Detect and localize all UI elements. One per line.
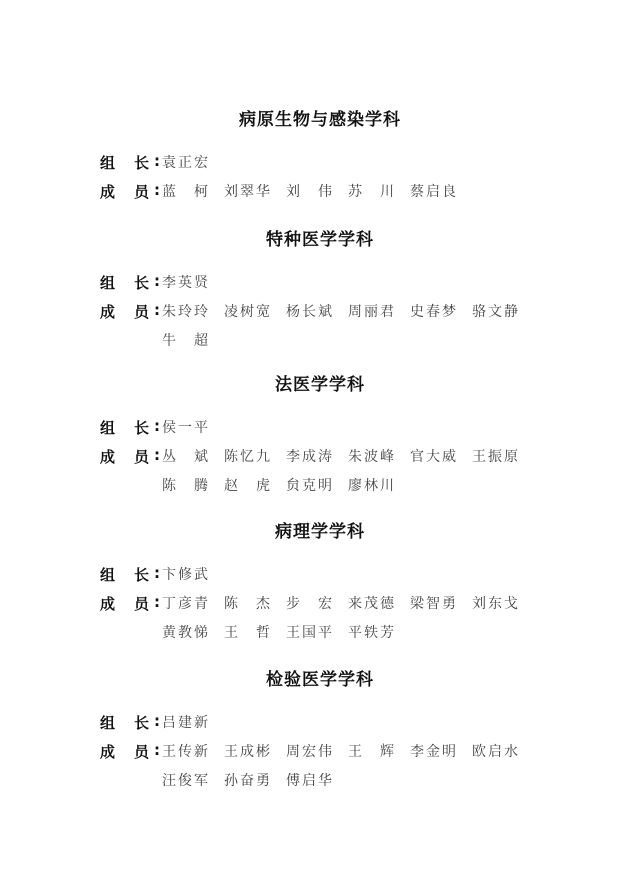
leader-label-c1: 组 [100, 417, 134, 438]
leader-row: 组长:卞修武 [100, 564, 224, 584]
member-list: 汪俊军孙奋勇傅启华 [162, 770, 348, 790]
member-name: 欧启水 [472, 741, 534, 761]
leader-label-colon: : [154, 152, 162, 173]
leader-row: 组长:李英贤 [100, 272, 224, 292]
members-label: 成员: [100, 593, 162, 614]
members-row: 成员:丁彦青陈 杰步 宏来茂德梁智勇刘东戈 [100, 593, 534, 613]
members-label: 成员: [100, 301, 162, 322]
member-name: 朱波峰 [348, 446, 410, 466]
leader-name: 卞修武 [162, 564, 224, 584]
members-label-c1: 成 [100, 301, 134, 322]
members-row: 陈 腾赵 虎贠克明廖林川 [100, 475, 410, 495]
members-label-colon: : [154, 741, 162, 762]
member-name: 陈 腾 [162, 475, 224, 495]
members-row: 成员:丛 斌陈忆九李成涛朱波峰官大威王振原 [100, 446, 534, 466]
member-name: 王振原 [472, 446, 534, 466]
member-name: 平轶芳 [348, 622, 410, 642]
leader-label-c2: 长 [134, 152, 154, 173]
leader-label: 组长: [100, 152, 162, 173]
member-name: 汪俊军 [162, 770, 224, 790]
members-label-c2: 员 [134, 181, 154, 202]
member-list: 朱玲玲凌树宽杨长斌周丽君史春梦骆文静 [162, 301, 534, 321]
leader-label: 组长: [100, 272, 162, 293]
members-label-c2: 员 [134, 593, 154, 614]
member-name: 王 辉 [348, 741, 410, 761]
leader-label: 组长: [100, 712, 162, 733]
members-row: 成员:蓝 柯刘翠华刘 伟苏 川蔡启良 [100, 181, 472, 201]
member-list: 黄教悌王 哲王国平平轶芳 [162, 622, 410, 642]
members-label-colon: : [154, 181, 162, 202]
section-title: 特种医学学科 [0, 225, 640, 250]
member-name: 陈 杰 [224, 593, 286, 613]
members-row: 牛 超 [100, 330, 224, 350]
member-name: 廖林川 [348, 475, 410, 495]
member-name: 丁彦青 [162, 593, 224, 613]
leader-row: 组长:吕建新 [100, 712, 224, 732]
members-label-c1: 成 [100, 446, 134, 467]
member-name: 丛 斌 [162, 446, 224, 466]
leader-label-colon: : [154, 417, 162, 438]
member-name: 牛 超 [162, 330, 224, 350]
member-name: 朱玲玲 [162, 301, 224, 321]
member-name: 黄教悌 [162, 622, 224, 642]
member-name: 来茂德 [348, 593, 410, 613]
member-list: 蓝 柯刘翠华刘 伟苏 川蔡启良 [162, 181, 472, 201]
members-row: 成员:朱玲玲凌树宽杨长斌周丽君史春梦骆文静 [100, 301, 534, 321]
members-row: 黄教悌王 哲王国平平轶芳 [100, 622, 410, 642]
member-name: 周丽君 [348, 301, 410, 321]
leader-name: 李英贤 [162, 272, 224, 292]
member-name: 蓝 柯 [162, 181, 224, 201]
leader-name: 侯一平 [162, 417, 224, 437]
section-title: 病原生物与感染学科 [0, 105, 640, 130]
member-name: 陈忆九 [224, 446, 286, 466]
members-label-c1: 成 [100, 741, 134, 762]
leader-label-c2: 长 [134, 564, 154, 585]
leader-label-colon: : [154, 564, 162, 585]
member-name: 骆文静 [472, 301, 534, 321]
members-label: 成员: [100, 181, 162, 202]
members-label-colon: : [154, 301, 162, 322]
member-name: 李金明 [410, 741, 472, 761]
members-row: 汪俊军孙奋勇傅启华 [100, 770, 348, 790]
member-name: 孙奋勇 [224, 770, 286, 790]
member-list: 牛 超 [162, 330, 224, 350]
section-title: 病理学学科 [0, 517, 640, 542]
member-name: 周宏伟 [286, 741, 348, 761]
member-name: 赵 虎 [224, 475, 286, 495]
member-name: 杨长斌 [286, 301, 348, 321]
leader-label-colon: : [154, 272, 162, 293]
leader-label-colon: : [154, 712, 162, 733]
member-list: 王传新王成彬周宏伟王 辉李金明欧启水 [162, 741, 534, 761]
leader-label-c2: 长 [134, 417, 154, 438]
member-name: 贠克明 [286, 475, 348, 495]
member-name: 苏 川 [348, 181, 410, 201]
leader-name: 吕建新 [162, 712, 224, 732]
leader-label-c1: 组 [100, 152, 134, 173]
leader-label-c2: 长 [134, 272, 154, 293]
member-name: 王传新 [162, 741, 224, 761]
member-name: 刘 伟 [286, 181, 348, 201]
member-name: 刘东戈 [472, 593, 534, 613]
member-name: 刘翠华 [224, 181, 286, 201]
member-name: 王 哲 [224, 622, 286, 642]
members-label-c2: 员 [134, 301, 154, 322]
member-name: 凌树宽 [224, 301, 286, 321]
member-name: 官大威 [410, 446, 472, 466]
member-list: 丛 斌陈忆九李成涛朱波峰官大威王振原 [162, 446, 534, 466]
leader-label-c1: 组 [100, 272, 134, 293]
leader-label-c1: 组 [100, 564, 134, 585]
members-label-colon: : [154, 593, 162, 614]
members-label-c2: 员 [134, 741, 154, 762]
leader-label: 组长: [100, 417, 162, 438]
member-name: 傅启华 [286, 770, 348, 790]
members-label: 成员: [100, 446, 162, 467]
leader-row: 组长:侯一平 [100, 417, 224, 437]
leader-row: 组长:袁正宏 [100, 152, 224, 172]
member-name: 王国平 [286, 622, 348, 642]
member-name: 蔡启良 [410, 181, 472, 201]
leader-label-c1: 组 [100, 712, 134, 733]
member-name: 梁智勇 [410, 593, 472, 613]
leader-label: 组长: [100, 564, 162, 585]
members-label: 成员: [100, 741, 162, 762]
member-name: 李成涛 [286, 446, 348, 466]
member-list: 陈 腾赵 虎贠克明廖林川 [162, 475, 410, 495]
members-label-colon: : [154, 446, 162, 467]
members-label-c1: 成 [100, 181, 134, 202]
member-list: 丁彦青陈 杰步 宏来茂德梁智勇刘东戈 [162, 593, 534, 613]
members-label-c2: 员 [134, 446, 154, 467]
members-label-c1: 成 [100, 593, 134, 614]
members-row: 成员:王传新王成彬周宏伟王 辉李金明欧启水 [100, 741, 534, 761]
member-name: 步 宏 [286, 593, 348, 613]
member-name: 史春梦 [410, 301, 472, 321]
section-title: 检验医学学科 [0, 665, 640, 690]
leader-label-c2: 长 [134, 712, 154, 733]
leader-name: 袁正宏 [162, 152, 224, 172]
section-title: 法医学学科 [0, 370, 640, 395]
member-name: 王成彬 [224, 741, 286, 761]
